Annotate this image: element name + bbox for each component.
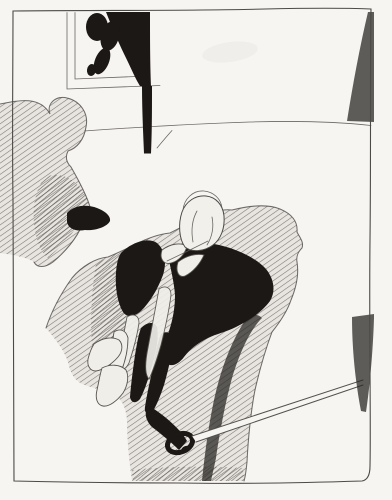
pencil-drawing <box>0 0 392 500</box>
pedestal-bottom-shade <box>132 467 244 481</box>
drawing-svg <box>0 0 392 500</box>
